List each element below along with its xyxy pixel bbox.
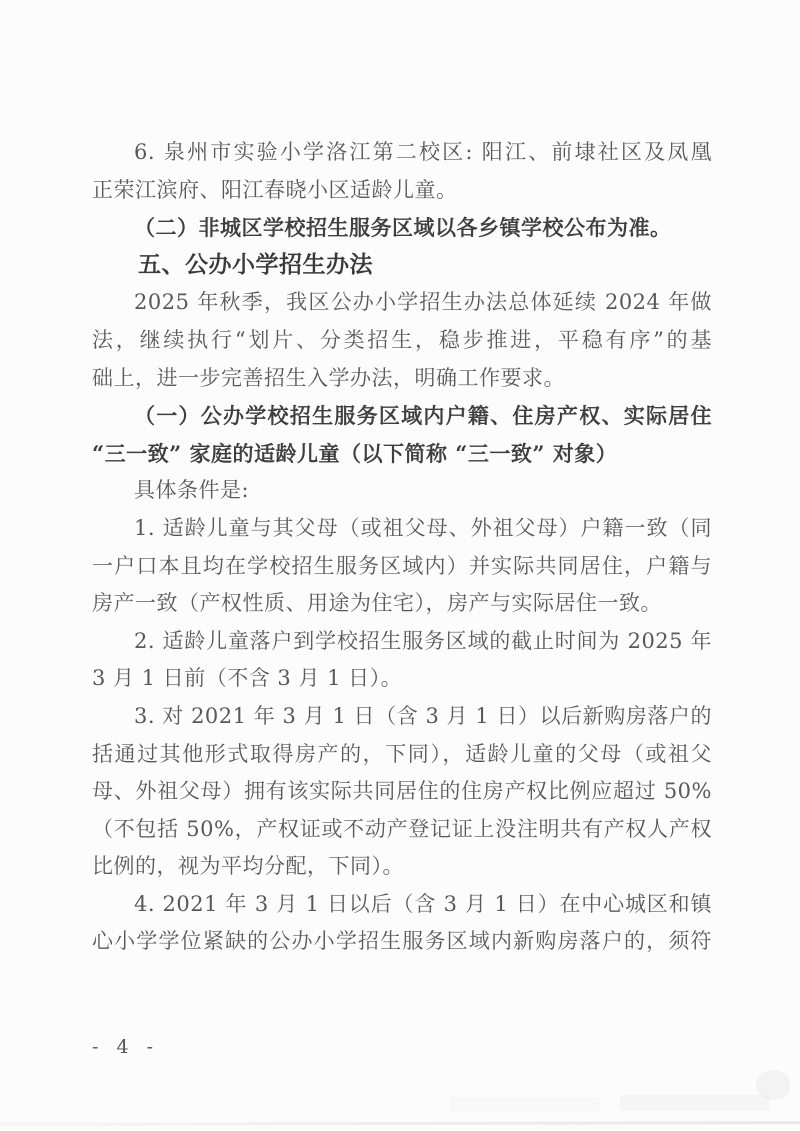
page-number: - 4 - (92, 1036, 159, 1058)
faint-watermark (600, 1070, 790, 1120)
text-line: 心小学学位紧缺的公办小学招生服务区域内新购房落户的，须符 (92, 923, 712, 961)
text-line: “三一致” 家庭的适龄儿童（以下简称 “三一致” 对象） (92, 435, 712, 473)
text-line: 五、公办小学招生办法 (92, 247, 712, 285)
text-line: （不包括 50%，产权证或不动产登记证上没注明共有产权人产权 (92, 811, 712, 849)
text-line: 房产一致（产权性质、用途为住宅），房产与实际居住一致。 (92, 585, 712, 623)
text-line: 6. 泉州市实验小学洛江第二校区: 阳江、前埭社区及凤凰城、 (92, 134, 712, 172)
text-line: 2. 适龄儿童落户到学校招生服务区域的截止时间为 2025 年 (92, 623, 712, 661)
text-line: 比例的，视为平均分配，下同）。 (92, 848, 712, 886)
page-edge-shadow (0, 1121, 800, 1126)
document-body: 6. 泉州市实验小学洛江第二校区: 阳江、前埭社区及凤凰城、正荣江滨府、阳江春晓… (92, 134, 712, 961)
text-line: （一）公办学校招生服务区域内户籍、住房产权、实际居住 (92, 397, 712, 435)
text-line: 具体条件是: (92, 472, 712, 510)
watermark-smudge (620, 1095, 770, 1111)
text-line: 母、外祖父母）拥有该实际共同居住的住房产权比例应超过 50% (92, 773, 712, 811)
text-line: （二）非城区学校招生服务区域以各乡镇学校公布为准。 (92, 209, 712, 247)
watermark-blob (756, 1070, 790, 1100)
text-line: 一户口本且均在学校招生服务区域内）并实际共同居住，户籍与 (92, 548, 712, 586)
text-line: 法，继续执行“划片、分类招生，稳步推进，平稳有序”的基 (92, 322, 712, 360)
text-line: 正荣江滨府、阳江春晓小区适龄儿童。 (92, 172, 712, 210)
text-line: 3. 对 2021 年 3 月 1 日（含 3 月 1 日）以后新购房落户的（包 (92, 698, 712, 736)
text-line: 础上，进一步完善招生入学办法，明确工作要求。 (92, 360, 712, 398)
scanned-document-page: 6. 泉州市实验小学洛江第二校区: 阳江、前埭社区及凤凰城、正荣江滨府、阳江春晓… (0, 0, 800, 1131)
text-line: 2025 年秋季，我区公办小学招生办法总体延续 2024 年做 (92, 284, 712, 322)
text-line: 4. 2021 年 3 月 1 日以后（含 3 月 1 日）在中心城区和镇中 (92, 886, 712, 924)
text-line: 括通过其他形式取得房产的，下同），适龄儿童的父母（或祖父 (92, 736, 712, 774)
text-line: 1. 适龄儿童与其父母（或祖父母、外祖父母）户籍一致（同 (92, 510, 712, 548)
text-line: 3 月 1 日前（不含 3 月 1 日）。 (92, 660, 712, 698)
